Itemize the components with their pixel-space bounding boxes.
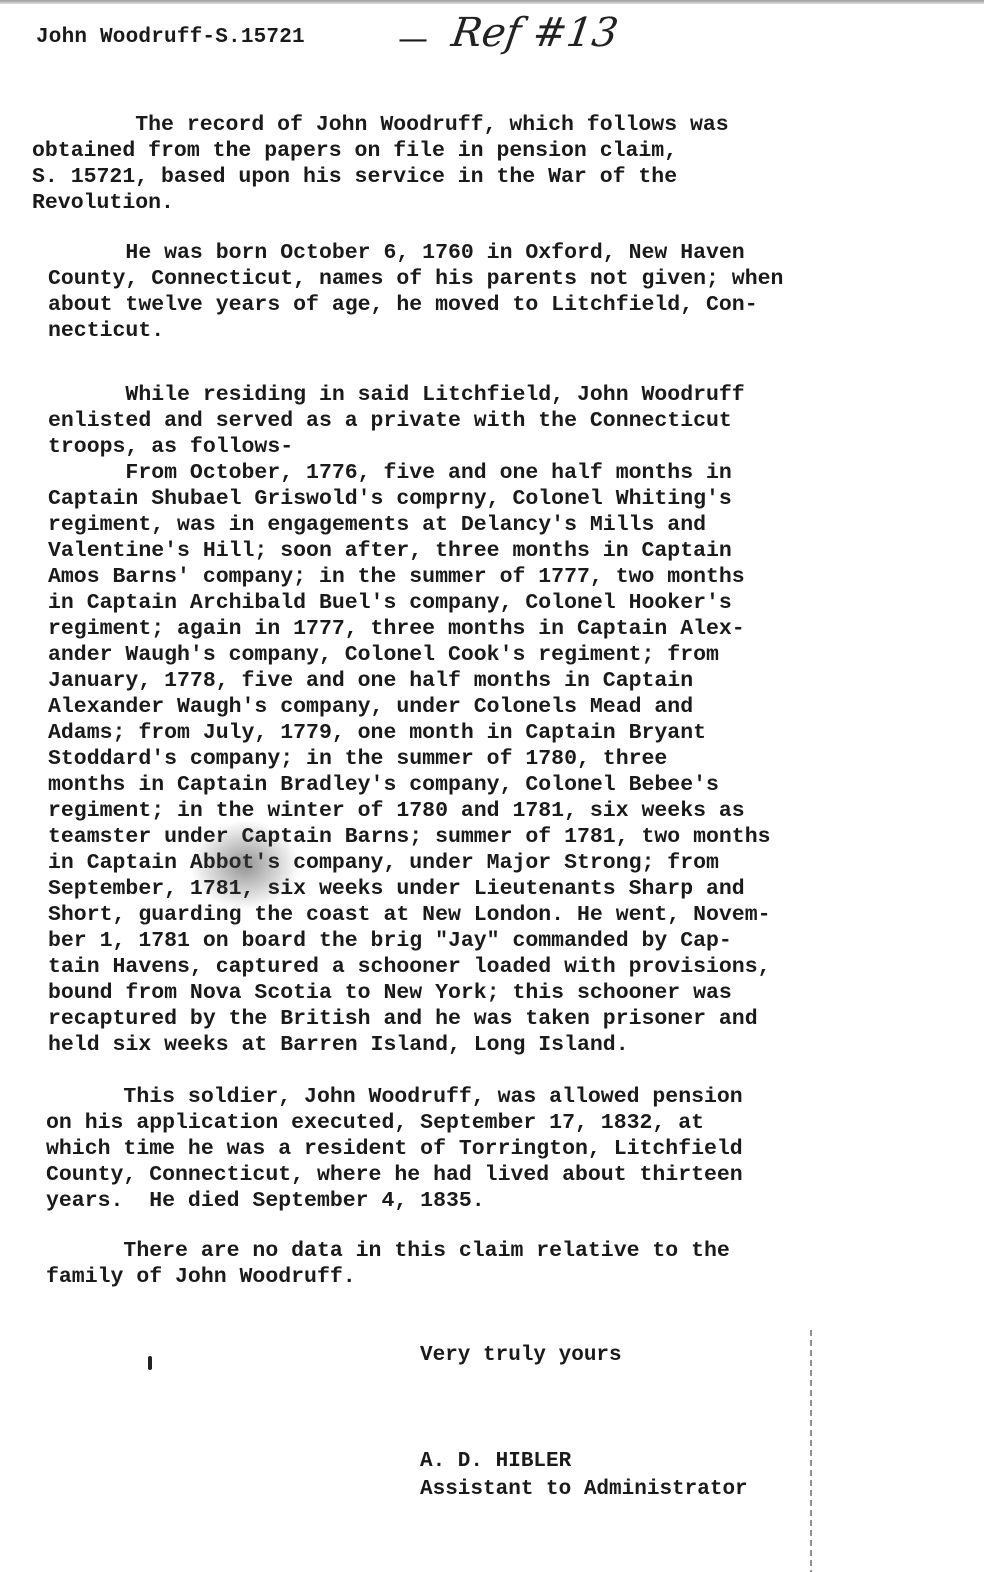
ink-speck: [148, 1356, 152, 1370]
document-header: John Woodruff-S.15721: [36, 26, 305, 49]
text-line: which time he was a resident of Torringt…: [46, 1136, 743, 1162]
text-line: troops, as follows-: [48, 434, 771, 460]
text-line: months in Captain Bradley's company, Col…: [48, 772, 771, 798]
text-line: held six weeks at Barren Island, Long Is…: [48, 1032, 771, 1058]
text-line: bound from Nova Scotia to New York; this…: [48, 980, 771, 1006]
text-line: ber 1, 1781 on board the brig "Jay" comm…: [48, 928, 771, 954]
signer-name: A. D. HIBLER: [420, 1448, 748, 1476]
text-line: Amos Barns' company; in the summer of 17…: [48, 564, 771, 590]
text-line: Captain Shubael Griswold's comprny, Colo…: [48, 486, 771, 512]
text-line: Adams; from July, 1779, one month in Cap…: [48, 720, 771, 746]
handwritten-reference: Ref #13: [449, 10, 621, 56]
text-line: years. He died September 4, 1835.: [46, 1188, 743, 1214]
text-line: Short, guarding the coast at New London.…: [48, 902, 771, 928]
signature-block: A. D. HIBLERAssistant to Administrator: [420, 1448, 748, 1504]
text-line: County, Connecticut, names of his parent…: [48, 266, 783, 292]
text-line: enlisted and served as a private with th…: [48, 408, 771, 434]
signer-title: Assistant to Administrator: [420, 1476, 748, 1504]
text-line: on his application executed, September 1…: [46, 1110, 743, 1136]
text-line: regiment, was in engagements at Delancy'…: [48, 512, 771, 538]
closing-salutation: Very truly yours: [420, 1344, 622, 1367]
text-line: necticut.: [48, 318, 783, 344]
text-line: in Captain Archibald Buel's company, Col…: [48, 590, 771, 616]
text-line: This soldier, John Woodruff, was allowed…: [46, 1084, 743, 1110]
header-separator: —: [398, 22, 428, 57]
text-line: about twelve years of age, he moved to L…: [48, 292, 783, 318]
text-line: obtained from the papers on file in pens…: [32, 138, 729, 164]
text-line: Valentine's Hill; soon after, three mont…: [48, 538, 771, 564]
text-line: family of John Woodruff.: [46, 1264, 730, 1290]
text-line: While residing in said Litchfield, John …: [48, 382, 771, 408]
text-line: regiment; again in 1777, three months in…: [48, 616, 771, 642]
scan-top-edge: [0, 0, 984, 4]
paragraph-source: The record of John Woodruff, which follo…: [32, 112, 729, 216]
paragraph-family: There are no data in this claim relative…: [46, 1238, 730, 1290]
text-line: From October, 1776, five and one half mo…: [48, 460, 771, 486]
text-line: The record of John Woodruff, which follo…: [32, 112, 729, 138]
text-line: Alexander Waugh's company, under Colonel…: [48, 694, 771, 720]
text-line: January, 1778, five and one half months …: [48, 668, 771, 694]
text-line: Revolution.: [32, 190, 729, 216]
ink-smudge: [190, 820, 300, 910]
paragraph-pension: This soldier, John Woodruff, was allowed…: [46, 1084, 743, 1214]
paper-fold-mark: [810, 1330, 812, 1572]
text-line: He was born October 6, 1760 in Oxford, N…: [48, 240, 783, 266]
paragraph-birth: He was born October 6, 1760 in Oxford, N…: [48, 240, 783, 344]
text-line: in Captain Abbot's company, under Major …: [48, 850, 771, 876]
text-line: Stoddard's company; in the summer of 178…: [48, 746, 771, 772]
text-line: S. 15721, based upon his service in the …: [32, 164, 729, 190]
text-line: September, 1781, six weeks under Lieuten…: [48, 876, 771, 902]
text-line: ander Waugh's company, Colonel Cook's re…: [48, 642, 771, 668]
text-line: regiment; in the winter of 1780 and 1781…: [48, 798, 771, 824]
text-line: teamster under Captain Barns; summer of …: [48, 824, 771, 850]
text-line: recaptured by the British and he was tak…: [48, 1006, 771, 1032]
text-line: County, Connecticut, where he had lived …: [46, 1162, 743, 1188]
paragraph-service: While residing in said Litchfield, John …: [48, 382, 771, 1058]
text-line: There are no data in this claim relative…: [46, 1238, 730, 1264]
text-line: tain Havens, captured a schooner loaded …: [48, 954, 771, 980]
